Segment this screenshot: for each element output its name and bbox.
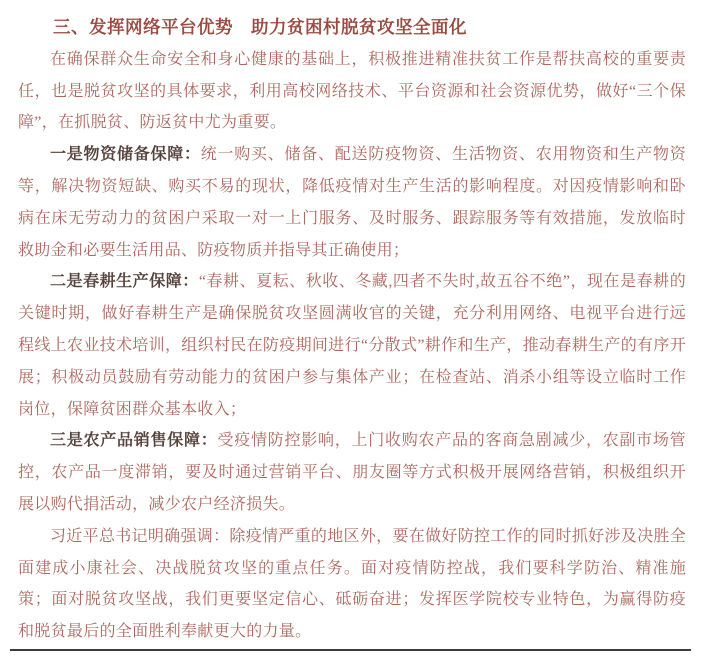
paragraph-text: 在确保群众生命安全和身心健康的基础上，积极推进精准扶贫工作是帮扶高校的重要责任，… [18,51,686,132]
document-body: 在确保群众生命安全和身心健康的基础上，积极推进精准扶贫工作是帮扶高校的重要责任，… [18,44,686,648]
document-page: 三、发挥网络平台优势 助力贫困村脱贫攻坚全面化 在确保群众生命安全和身心健康的基… [0,0,703,656]
paragraph-lead: 三是农产品销售保障： [50,432,217,449]
paragraph: 习近平总书记明确强调：除疫情严重的地区外，要在做好防控工作的同时抓好涉及决胜全面… [18,521,686,648]
paragraph-lead: 二是春耕生产保障： [50,273,199,290]
page-title: 三、发挥网络平台优势 助力贫困村脱贫攻坚全面化 [18,12,686,44]
paragraph-text: “春耕、夏耘、秋收、冬藏,四者不失时,故五谷不绝”，现在是春耕的关键时期，做好春… [18,273,686,417]
paragraph: 在确保群众生命安全和身心健康的基础上，积极推进精准扶贫工作是帮扶高校的重要责任，… [18,44,686,139]
paragraph: 一是物资储备保障：统一购买、储备、配送防疫物资、生活物资、农用物资和生产物资等，… [18,139,686,266]
paragraph-text: 习近平总书记明确强调：除疫情严重的地区外，要在做好防控工作的同时抓好涉及决胜全面… [18,528,686,640]
paragraph: 三是农产品销售保障：受疫情防控影响，上门收购农产品的客商急剧减少，农副市场管控，… [18,425,686,520]
bottom-divider [10,649,691,651]
paragraph-lead: 一是物资储备保障： [50,146,201,163]
paragraph: 二是春耕生产保障：“春耕、夏耘、秋收、冬藏,四者不失时,故五谷不绝”，现在是春耕… [18,266,686,425]
